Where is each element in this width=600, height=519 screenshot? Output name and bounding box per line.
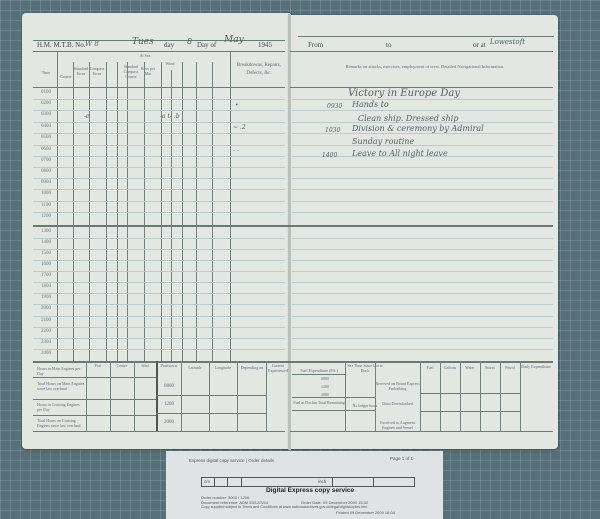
mark: -e [84, 113, 90, 120]
month: May [224, 35, 244, 45]
time-1700: 1700 [34, 273, 58, 278]
date: 8 [187, 37, 192, 46]
col-breakdowns: Breakdowns, Repairs, Defects, &c. [232, 62, 286, 78]
entry-text: Clean ship. Dressed ship [358, 114, 458, 123]
slip-header: Express digital copy service | Order det… [189, 458, 274, 463]
year: 1945 [258, 41, 272, 49]
scale-box [332, 477, 374, 487]
entry-time: 1400 [322, 152, 337, 159]
col-revs: Revs per Min [140, 66, 156, 76]
entry-text: Sunday routine [352, 137, 414, 146]
time-0600: 0600 [34, 147, 58, 152]
col-petrol: Petrol [500, 365, 520, 370]
received-on-board: Received on Board Express Embarking [375, 381, 420, 391]
scale-box: inch [241, 477, 333, 487]
time-0200: 0200 [34, 101, 58, 106]
col-latitude: Latitude [181, 365, 209, 370]
day-label: day [164, 41, 174, 49]
col-gallons: Gallons [440, 365, 460, 370]
time-0800: 0800 [34, 169, 58, 174]
row-total-cruising-hours: Total Hours on Cruising Engines since la… [37, 418, 85, 428]
col-course: Course [58, 74, 74, 79]
entry-text: Division & ceremony by Admiral [352, 124, 484, 133]
scale-inch-label: inch [318, 479, 326, 484]
day-of-label: Day of [197, 41, 216, 49]
fuel-1200: 1200 [310, 384, 340, 389]
fuel-0800: 0800 [310, 376, 340, 381]
mark: • [235, 102, 239, 109]
time-1800: 1800 [34, 284, 58, 289]
time-2200: 2200 [34, 329, 58, 334]
time-0700: 0700 [34, 158, 58, 163]
or-at-label: or at [473, 41, 486, 49]
received-augment: Received to Augment Engines and Vessel [375, 420, 420, 430]
scale-box [214, 477, 228, 487]
time-0900: 0900 [34, 180, 58, 185]
row-main-engine-hours: Hours in Main Engines per Day [37, 366, 85, 376]
col-time: Time [34, 70, 58, 75]
location: Lowestoft [490, 38, 525, 46]
col-std-compass-course: Standard Compass Course [122, 64, 140, 79]
book-spine [288, 14, 291, 450]
to-label: to [386, 41, 391, 49]
col-wind: Wind [160, 61, 180, 66]
entry-text: Victory in Europe Day [348, 88, 460, 99]
time-2400: 2400 [34, 351, 58, 356]
remarks-header: Remarks on attacks, exercises, employmen… [300, 64, 550, 69]
weekday: Tues [132, 37, 154, 47]
col-centre: Centre [110, 363, 134, 368]
col-current: Current Experienced [266, 363, 290, 373]
position-1200: 1200 [157, 402, 181, 407]
time-0300: 0300 [34, 112, 58, 117]
time-0400: 0400 [34, 124, 58, 129]
time-2300: 2300 [34, 340, 58, 345]
fuel-remaining: Fuel at Dockin Total Remaining [293, 400, 345, 405]
entry-time: 0930 [327, 103, 342, 110]
time-1200: 1200 [34, 214, 58, 219]
scale-cm-label: cm [204, 479, 210, 484]
position-0800: 0800 [157, 384, 181, 389]
time-0100: 0100 [34, 90, 58, 95]
scale-box-cm: cm [201, 477, 215, 487]
row-cruising-hours: Hours in Cruising Engines per Day [37, 402, 85, 412]
sea-time-header: Sea Time Since last at Dock [345, 363, 385, 373]
time-1100: 1100 [34, 203, 58, 208]
time-1300: 1300 [34, 229, 58, 234]
copy-service-slip: Express digital copy service | Order det… [166, 451, 443, 519]
col-stores: Stores [480, 365, 500, 370]
time-1500: 1500 [34, 251, 58, 256]
position-2000: 2000 [157, 420, 181, 425]
col-compass-error: Compass Error [89, 66, 105, 76]
col-standard-error: Standard Error [73, 66, 89, 76]
time-2000: 2000 [34, 306, 58, 311]
col-at-sea: At Sea [60, 53, 230, 58]
boat-number: W 8 [85, 40, 99, 48]
disembarked: Ditto Disembarked [375, 401, 420, 406]
time-1900: 1900 [34, 295, 58, 300]
col-water: Water [460, 365, 480, 370]
terms-text: Copy supplied subject to Terms and Condi… [201, 505, 367, 509]
printed-date: Printed 09 December 2000 16:04 [336, 510, 395, 515]
scale-box [373, 477, 415, 487]
from-label: From [308, 41, 323, 49]
col-port: Port [86, 363, 110, 368]
row-total-main-hours: Total Hours on Main Engines since last o… [37, 381, 85, 391]
col-stbd: Stbd [134, 363, 156, 368]
scale-box [227, 477, 242, 487]
slip-title: Digital Express copy service [266, 487, 354, 494]
col-fuel: Fuel [420, 365, 440, 370]
col-daily-expenditure: Daily Expenditure [520, 364, 552, 369]
time-1400: 1400 [34, 240, 58, 245]
time-2100: 2100 [34, 318, 58, 323]
entry-time: 1030 [325, 127, 340, 134]
col-depending-on: Depending on [237, 365, 267, 370]
mark: -a t- .b [160, 113, 180, 120]
col-position-at: Position at [157, 363, 181, 368]
entry-text: Leave to All night leave [352, 149, 448, 158]
time-0500: 0500 [34, 135, 58, 140]
mark: ~ .2 [233, 124, 246, 131]
time-1000: 1000 [34, 191, 58, 196]
slip-page: Page 1 of 1 [390, 456, 413, 461]
time-1600: 1600 [34, 262, 58, 267]
mark: - - [233, 147, 239, 154]
fuel-expenditure-header: Fuel Expenditure (P.S.) [293, 368, 345, 373]
boat-label: H.M. M.T.B. No. [37, 41, 85, 49]
entry-text: Hands to [352, 100, 389, 109]
col-longitude: Longitude [209, 365, 237, 370]
